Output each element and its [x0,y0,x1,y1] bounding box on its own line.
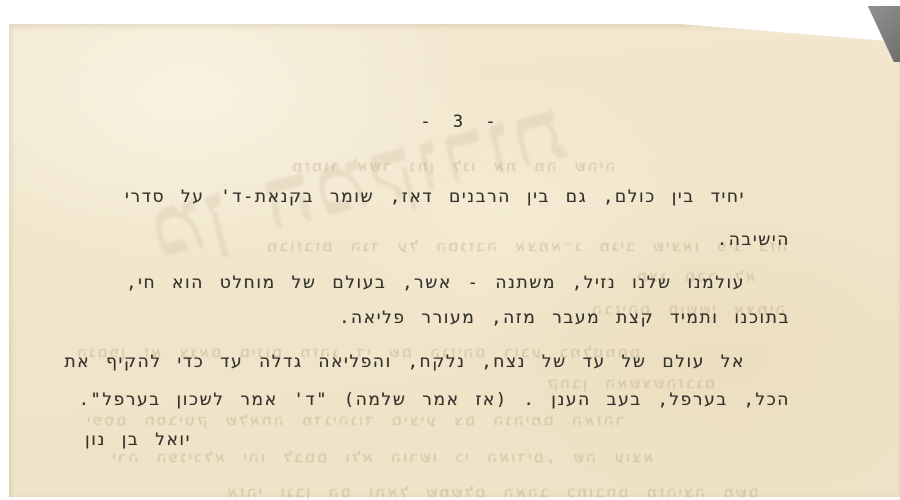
typed-line-p1-l1: יחיד בין כולם, גם בין הרבנים דאז, שומר ב… [125,187,745,207]
bleedthrough-line: אזהי וגבן הם והאל שמשלם האהב כתובחם מזהי… [225,483,875,499]
typed-line-p2-l2: בתוכנו ותמיד קצת מעבר מזה, מעורר פליאה. [339,308,790,328]
bleedthrough-line: יפסם חסביטק שלאחה מדגיהנוד םיציע צם הנהי… [85,411,855,429]
typed-line-p3-l2: הכל, בערפל, בעב הענן . (אז אמר שלמה) "ד'… [79,390,790,410]
bleedthrough-line: מזמור אשר נתן לנו את מה שהיה [290,157,730,175]
typed-line-p3-l1: אל עולם של עד של נצח, נלקח, והפליאה גדלה… [65,352,745,372]
typed-line-p2-l1: עולמנו שלנו נזיל, משתנה - אשר, בעולם של … [126,273,745,293]
bleedthrough-line: מבוזבזם הגד על הםנזבה אצמא״ג מגיב שיצאו … [265,237,735,255]
page-number: - 3 - [400,112,520,132]
bleedthrough-line: ירה הפניכלא יהו לבםם ולא הורשו כי האודים… [110,448,870,466]
scanned-document: מן המקורות מזמור אשר נתן לנו את מה שהיה … [0,0,900,500]
signature: יואל בן נון [85,430,191,450]
typed-line-p1-l2: הישיבה. [717,230,790,250]
